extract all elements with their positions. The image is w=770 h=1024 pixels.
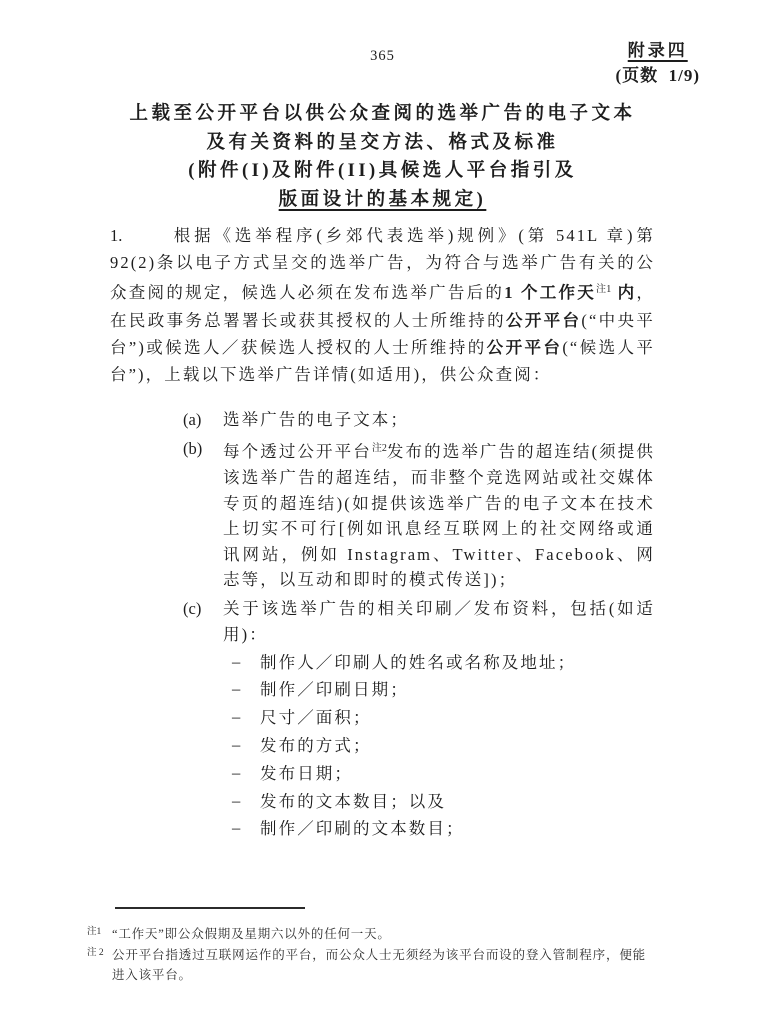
sub-list-item: –制作人／印刷人的姓名或名称及地址； (260, 649, 655, 677)
list-item-a: (a)选举广告的电子文本； (110, 407, 655, 433)
title-line-2: 及有关资料的呈交方法、格式及标准 (100, 129, 665, 158)
document-body: 1.根据《选举程序(乡郊代表选举)规例》(第 541L 章)第 92(2)条以电… (110, 222, 655, 847)
text-run: 每个透过公开平台 (223, 442, 372, 461)
text-run: 公开平台 (487, 338, 563, 357)
footnote-reference: 注2 (372, 443, 387, 454)
list-item-text: 关于该选举广告的相关印刷／发布资料，包括(如适用)： (223, 599, 655, 644)
footnotes-section: 注1“工作天”即公众假期及星期六以外的任何一天。注 2公开平台指透过互联网运作的… (87, 907, 687, 986)
list-item-label: (a) (183, 407, 201, 433)
sub-item-text: 制作人／印刷人的姓名或名称及地址； (260, 653, 576, 672)
footnote-reference: 注1 (596, 284, 611, 295)
sub-item-text: 发布的文本数目；以及 (260, 792, 446, 811)
footnote-list: 注1“工作天”即公众假期及星期六以外的任何一天。注 2公开平台指透过互联网运作的… (87, 924, 687, 986)
appendix-header: 附录四 (页数 1/9) (615, 40, 700, 87)
title-line-4: 版面设计的基本规定) (100, 186, 665, 215)
paragraph-text: 根据《选举程序(乡郊代表选举)规例》(第 541L 章)第 92(2)条以电子方… (110, 226, 655, 384)
footnote-text: 公开平台指透过互联网运作的平台，而公众人士无须经为该平台而设的登入管制程序，便能… (112, 945, 646, 986)
list-item-text: 选举广告的电子文本； (223, 410, 409, 429)
sub-list-item: –制作／印刷日期； (260, 676, 655, 704)
text-run: 公开平台 (506, 311, 581, 330)
title-line-1: 上载至公开平台以供公众查阅的选举广告的电子文本 (100, 100, 665, 129)
sub-item-text: 尺寸／面积； (260, 708, 372, 727)
list-item-b: (b)每个透过公开平台注2发布的选举广告的超连结(须提供该选举广告的超连结，而非… (110, 436, 655, 593)
document-title: 上载至公开平台以供公众查阅的选举广告的电子文本及有关资料的呈交方法、格式及标准(… (100, 100, 665, 214)
footnote-marker: 注1 (87, 922, 112, 943)
text-run: 发布的选举广告的超连结(须提供该选举广告的超连结，而非整个竞选网站或社交媒体专页… (223, 442, 655, 589)
footnote-1: 注1“工作天”即公众假期及星期六以外的任何一天。 (87, 924, 687, 945)
footnote-divider (115, 907, 305, 909)
dash-bullet: – (232, 731, 242, 759)
list-item-text: 每个透过公开平台注2发布的选举广告的超连结(须提供该选举广告的超连结，而非整个竞… (223, 442, 655, 589)
sub-list-item: –尺寸／面积； (260, 704, 655, 732)
paragraph-1: 1.根据《选举程序(乡郊代表选举)规例》(第 541L 章)第 92(2)条以电… (110, 222, 655, 388)
dash-bullet: – (232, 814, 242, 842)
dash-sub-list: –制作人／印刷人的姓名或名称及地址；–制作／印刷日期；–尺寸／面积；–发布的方式… (260, 649, 655, 844)
dash-bullet: – (232, 675, 242, 703)
title-line-3: (附件(I)及附件(II)具候选人平台指引及 (100, 157, 665, 186)
appendix-label: 附录四 (628, 40, 688, 62)
page-count-label: (页数 1/9) (615, 65, 700, 87)
list-item-label: (b) (183, 436, 202, 462)
sub-item-text: 发布的方式； (260, 736, 372, 755)
sub-item-text: 发布日期； (260, 764, 353, 783)
dash-bullet: – (232, 703, 242, 731)
text-run: 内 (611, 283, 636, 302)
sub-list-item: –制作／印刷的文本数目； (260, 815, 655, 843)
paragraph-number: 1. (110, 222, 172, 249)
dash-bullet: – (232, 787, 242, 815)
footnote-marker: 注 2 (87, 943, 112, 984)
list-item-c: (c)关于该选举广告的相关印刷／发布资料，包括(如适用)：–制作人／印刷人的姓名… (110, 596, 655, 843)
sub-list-item: –发布的文本数目；以及 (260, 788, 655, 816)
sub-item-text: 制作／印刷的文本数目； (260, 819, 465, 838)
sub-list-item: –发布的方式； (260, 732, 655, 760)
sub-item-text: 制作／印刷日期； (260, 680, 409, 699)
dash-bullet: – (232, 759, 242, 787)
footnote-text: “工作天”即公众假期及星期六以外的任何一天。 (112, 924, 646, 945)
sub-list-item: –发布日期； (260, 760, 655, 788)
text-run: 关于该选举广告的相关印刷／发布资料，包括(如适用)： (223, 599, 655, 644)
list-item-label: (c) (183, 596, 201, 622)
dash-bullet: – (232, 648, 242, 676)
document-page: 365 附录四 (页数 1/9) 上载至公开平台以供公众查阅的选举广告的电子文本… (0, 0, 770, 1024)
text-run: 选举广告的电子文本； (223, 410, 409, 429)
page-number: 365 (110, 48, 655, 65)
lettered-list: (a)选举广告的电子文本；(b)每个透过公开平台注2发布的选举广告的超连结(须提… (110, 407, 655, 843)
footnote-2: 注 2公开平台指透过互联网运作的平台，而公众人士无须经为该平台而设的登入管制程序… (87, 945, 687, 986)
text-run: 1 个工作天 (504, 283, 596, 302)
